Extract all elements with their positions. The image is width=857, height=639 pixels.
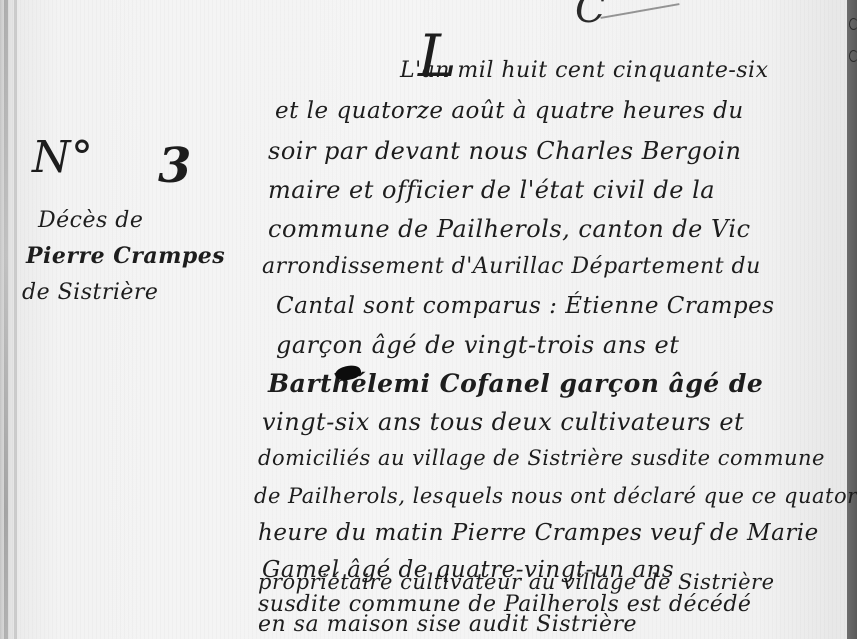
body-line: garçon âgé de vingt-trois ans et [276,331,679,359]
header-flourish-stroke [600,3,679,19]
body-line: L'an mil huit cent cinquante-six [400,58,769,83]
edge-mark-icon [849,18,857,30]
entry-number: 3 [158,138,192,194]
edge-mark-icon [849,50,857,62]
body-line: de Pailherols, lesquels nous ont déclaré… [254,484,857,508]
body-line: propriétaire cultivateur au village de S… [258,570,775,594]
entry-number-prefix: N° [32,132,94,183]
body-line: Cantal sont comparus : Étienne Crampes [276,293,775,319]
body-line: soir par devant nous Charles Bergoin [268,137,741,165]
body-line: maire et officier de l'état civil de la [268,176,715,204]
margin-line-deces: Décès de [38,208,143,233]
margin-line-place: de Sistrière [22,280,158,305]
body-line: heure du matin Pierre Crampes veuf de Ma… [258,520,819,546]
body-line: domiciliés au village de Sistrière susdi… [258,446,825,470]
body-line: arrondissement d'Aurillac Département du [262,254,761,279]
body-line: commune de Pailherols, canton de Vic [268,215,751,243]
body-line: et le quatorze août à quatre heures du [275,98,744,124]
register-page: C N° 3 Décès de Pierre Crampes de Sistri… [0,0,857,639]
body-line: vingt-six ans tous deux cultivateurs et [262,408,744,436]
margin-line-name: Pierre Crampes [26,243,225,269]
body-line: en sa maison sise audit Sistrière [258,612,637,637]
binding-shadow-left [4,0,8,639]
binding-line-left [14,0,17,639]
page-edge-right [847,0,857,639]
